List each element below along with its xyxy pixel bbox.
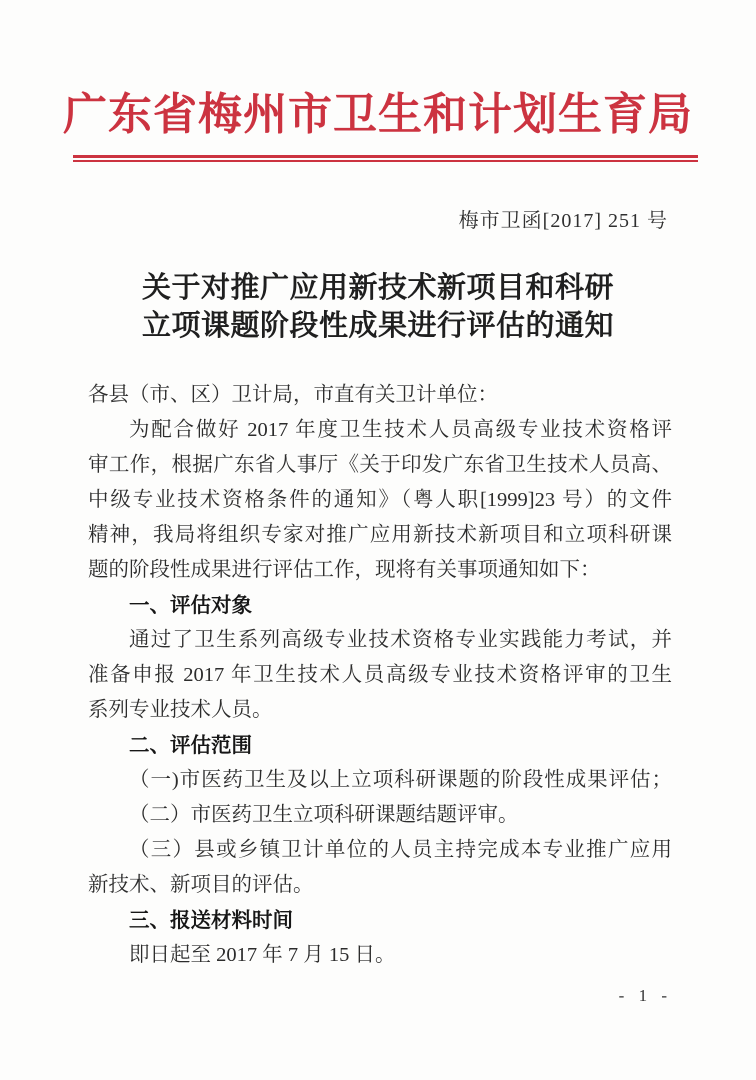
- body-line: 精神，我局将组织专家对推广应用新技术新项目和立项科研课: [88, 518, 672, 553]
- body-line: 即日起至 2017 年 7 月 15 日。: [88, 938, 672, 973]
- document-body: 各县（市、区）卫计局，市直有关卫计单位：为配合做好 2017 年度卫生技术人员高…: [88, 378, 672, 973]
- body-line: 新技术、新项目的评估。: [88, 868, 672, 903]
- body-line: 中级专业技术资格条件的通知》（粤人职[1999]23 号）的文件: [88, 483, 672, 518]
- body-line: （二）市医药卫生立项科研课题结题评审。: [88, 798, 672, 833]
- header-divider: [73, 155, 698, 162]
- body-line: 准备申报 2017 年卫生技术人员高级专业技术资格评审的卫生: [88, 658, 672, 693]
- body-line: （三）县或乡镇卫计单位的人员主持完成本专业推广应用: [88, 833, 672, 868]
- agency-header: 广东省梅州市卫生和计划生育局: [0, 88, 756, 142]
- body-line: 各县（市、区）卫计局，市直有关卫计单位：: [88, 378, 672, 413]
- section-heading: 三、报送材料时间: [88, 903, 672, 938]
- document-title-line-1: 关于对推广应用新技术新项目和科研: [0, 269, 756, 307]
- divider-thin-line: [73, 160, 698, 162]
- page-number: - 1 -: [0, 986, 672, 1006]
- body-line: 为配合做好 2017 年度卫生技术人员高级专业技术资格评: [88, 413, 672, 448]
- body-line: 通过了卫生系列高级专业技术资格专业实践能力考试，并: [88, 623, 672, 658]
- section-heading: 一、评估对象: [88, 588, 672, 623]
- body-line: （一)市医药卫生及以上立项科研课题的阶段性成果评估；: [88, 763, 672, 798]
- divider-thick-line: [73, 155, 698, 158]
- document-page: 广东省梅州市卫生和计划生育局 梅市卫函[2017] 251 号 关于对推广应用新…: [0, 0, 756, 1080]
- document-number: 梅市卫函[2017] 251 号: [0, 206, 668, 236]
- body-line: 审工作，根据广东省人事厅《关于印发广东省卫生技术人员高、: [88, 448, 672, 483]
- body-line: 系列专业技术人员。: [88, 693, 672, 728]
- body-line: 题的阶段性成果进行评估工作，现将有关事项通知如下：: [88, 553, 672, 588]
- document-title-line-2: 立项课题阶段性成果进行评估的通知: [0, 307, 756, 345]
- section-heading: 二、评估范围: [88, 728, 672, 763]
- document-title: 关于对推广应用新技术新项目和科研 立项课题阶段性成果进行评估的通知: [0, 269, 756, 345]
